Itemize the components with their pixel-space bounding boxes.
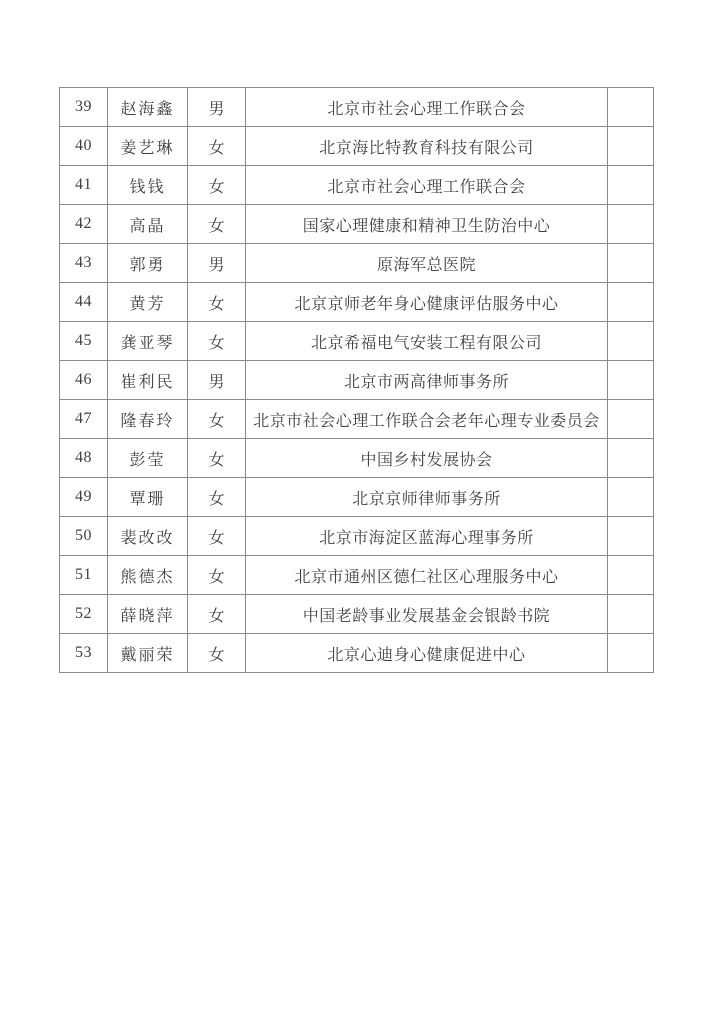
notes-cell xyxy=(608,634,654,673)
row-number-cell: 49 xyxy=(60,478,108,517)
row-number-cell: 53 xyxy=(60,634,108,673)
name-cell: 薛晓萍 xyxy=(108,595,188,634)
notes-cell xyxy=(608,439,654,478)
row-number-cell: 51 xyxy=(60,556,108,595)
table-row: 53 戴丽荣 女 北京心迪身心健康促进中心 xyxy=(60,634,654,673)
gender-cell: 女 xyxy=(188,283,246,322)
organization-cell: 国家心理健康和精神卫生防治中心 xyxy=(246,205,608,244)
name-cell: 隆春玲 xyxy=(108,400,188,439)
row-number-cell: 52 xyxy=(60,595,108,634)
gender-cell: 女 xyxy=(188,322,246,361)
gender-cell: 女 xyxy=(188,517,246,556)
organization-cell: 北京海比特教育科技有限公司 xyxy=(246,127,608,166)
notes-cell xyxy=(608,517,654,556)
organization-cell: 北京市两高律师事务所 xyxy=(246,361,608,400)
name-cell: 熊德杰 xyxy=(108,556,188,595)
notes-cell xyxy=(608,283,654,322)
notes-cell xyxy=(608,595,654,634)
table-row: 49 覃珊 女 北京京师律师事务所 xyxy=(60,478,654,517)
notes-cell xyxy=(608,322,654,361)
name-cell: 龚亚琴 xyxy=(108,322,188,361)
notes-cell xyxy=(608,244,654,283)
roster-table: 39 赵海鑫 男 北京市社会心理工作联合会 40 姜艺琳 女 北京海比特教育科技… xyxy=(59,87,654,673)
row-number-cell: 45 xyxy=(60,322,108,361)
name-cell: 姜艺琳 xyxy=(108,127,188,166)
gender-cell: 女 xyxy=(188,634,246,673)
row-number-cell: 40 xyxy=(60,127,108,166)
notes-cell xyxy=(608,205,654,244)
table-row: 51 熊德杰 女 北京市通州区德仁社区心理服务中心 xyxy=(60,556,654,595)
organization-cell: 原海军总医院 xyxy=(246,244,608,283)
table-row: 42 高晶 女 国家心理健康和精神卫生防治中心 xyxy=(60,205,654,244)
name-cell: 覃珊 xyxy=(108,478,188,517)
name-cell: 崔利民 xyxy=(108,361,188,400)
name-cell: 郭勇 xyxy=(108,244,188,283)
notes-cell xyxy=(608,88,654,127)
row-number-cell: 41 xyxy=(60,166,108,205)
organization-cell: 北京市社会心理工作联合会 xyxy=(246,88,608,127)
table-row: 47 隆春玲 女 北京市社会心理工作联合会老年心理专业委员会 xyxy=(60,400,654,439)
notes-cell xyxy=(608,361,654,400)
notes-cell xyxy=(608,166,654,205)
row-number-cell: 50 xyxy=(60,517,108,556)
gender-cell: 女 xyxy=(188,400,246,439)
organization-cell: 北京市海淀区蓝海心理事务所 xyxy=(246,517,608,556)
gender-cell: 女 xyxy=(188,478,246,517)
organization-cell: 中国老龄事业发展基金会银龄书院 xyxy=(246,595,608,634)
name-cell: 钱钱 xyxy=(108,166,188,205)
table-row: 48 彭莹 女 中国乡村发展协会 xyxy=(60,439,654,478)
row-number-cell: 44 xyxy=(60,283,108,322)
table-row: 43 郭勇 男 原海军总医院 xyxy=(60,244,654,283)
table-row: 40 姜艺琳 女 北京海比特教育科技有限公司 xyxy=(60,127,654,166)
gender-cell: 女 xyxy=(188,595,246,634)
gender-cell: 女 xyxy=(188,205,246,244)
table-row: 39 赵海鑫 男 北京市社会心理工作联合会 xyxy=(60,88,654,127)
organization-cell: 北京市社会心理工作联合会 xyxy=(246,166,608,205)
organization-cell: 北京心迪身心健康促进中心 xyxy=(246,634,608,673)
gender-cell: 男 xyxy=(188,88,246,127)
gender-cell: 男 xyxy=(188,244,246,283)
gender-cell: 女 xyxy=(188,556,246,595)
name-cell: 黄芳 xyxy=(108,283,188,322)
notes-cell xyxy=(608,400,654,439)
table-row: 41 钱钱 女 北京市社会心理工作联合会 xyxy=(60,166,654,205)
name-cell: 赵海鑫 xyxy=(108,88,188,127)
name-cell: 戴丽荣 xyxy=(108,634,188,673)
table-row: 52 薛晓萍 女 中国老龄事业发展基金会银龄书院 xyxy=(60,595,654,634)
table-row: 44 黄芳 女 北京京师老年身心健康评估服务中心 xyxy=(60,283,654,322)
organization-cell: 北京希福电气安装工程有限公司 xyxy=(246,322,608,361)
organization-cell: 北京京师律师事务所 xyxy=(246,478,608,517)
notes-cell xyxy=(608,478,654,517)
table-row: 45 龚亚琴 女 北京希福电气安装工程有限公司 xyxy=(60,322,654,361)
name-cell: 彭莹 xyxy=(108,439,188,478)
gender-cell: 女 xyxy=(188,166,246,205)
notes-cell xyxy=(608,127,654,166)
gender-cell: 女 xyxy=(188,127,246,166)
organization-cell: 北京京师老年身心健康评估服务中心 xyxy=(246,283,608,322)
name-cell: 裴改改 xyxy=(108,517,188,556)
notes-cell xyxy=(608,556,654,595)
table-row: 50 裴改改 女 北京市海淀区蓝海心理事务所 xyxy=(60,517,654,556)
document-page: 39 赵海鑫 男 北京市社会心理工作联合会 40 姜艺琳 女 北京海比特教育科技… xyxy=(0,0,724,1024)
gender-cell: 女 xyxy=(188,439,246,478)
row-number-cell: 43 xyxy=(60,244,108,283)
row-number-cell: 46 xyxy=(60,361,108,400)
row-number-cell: 47 xyxy=(60,400,108,439)
row-number-cell: 42 xyxy=(60,205,108,244)
gender-cell: 男 xyxy=(188,361,246,400)
row-number-cell: 48 xyxy=(60,439,108,478)
organization-cell: 北京市通州区德仁社区心理服务中心 xyxy=(246,556,608,595)
organization-cell: 北京市社会心理工作联合会老年心理专业委员会 xyxy=(246,400,608,439)
table-row: 46 崔利民 男 北京市两高律师事务所 xyxy=(60,361,654,400)
row-number-cell: 39 xyxy=(60,88,108,127)
organization-cell: 中国乡村发展协会 xyxy=(246,439,608,478)
name-cell: 高晶 xyxy=(108,205,188,244)
